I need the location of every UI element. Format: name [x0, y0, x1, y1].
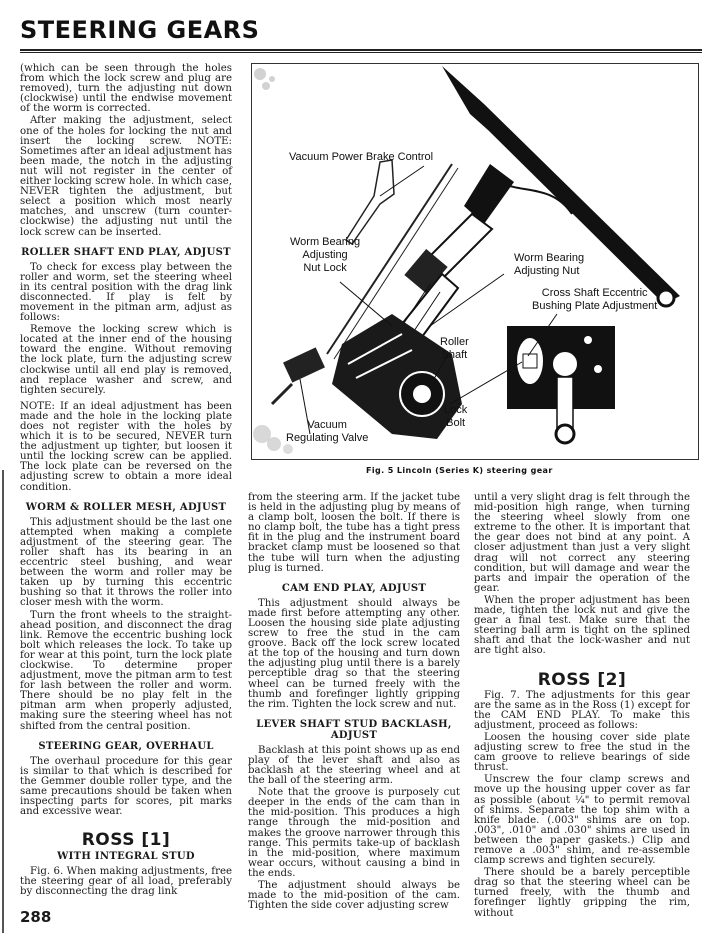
label-line: Worm Bearing: [290, 236, 360, 249]
page-title: STEERING GEARS: [20, 16, 259, 44]
label-roller-shaft: Roller Shaft: [440, 336, 469, 362]
label-line: Vacuum: [286, 419, 368, 432]
paragraph: Loosen the housing cover side plate adju…: [474, 733, 690, 773]
section-heading-roller-shaft: ROLLER SHAFT END PLAY, ADJUST: [20, 247, 232, 258]
subheading-integral-stud: WITH INTEGRAL STUD: [20, 851, 232, 862]
label-worm-bearing-adjusting-nut-lock: Worm Bearing Adjusting Nut Lock: [290, 236, 360, 275]
figure-steering-gear-diagram: Vacuum Power Brake Control Worm Bearing …: [251, 63, 699, 460]
page-number: 288: [20, 908, 51, 926]
paragraph: To check for excess play between the rol…: [20, 263, 232, 324]
section-heading-cam-end-play: CAM END PLAY, ADJUST: [248, 583, 460, 594]
paragraph: Backlash at this point shows up as end p…: [248, 746, 460, 786]
label-vacuum-power-brake-control: Vacuum Power Brake Control: [289, 151, 433, 164]
label-line: Adjusting: [290, 249, 360, 262]
paragraph: Remove the locking screw which is locate…: [20, 325, 232, 396]
paragraph: This adjustment should be the last one a…: [20, 518, 232, 609]
paragraph: until a very slight drag is felt through…: [474, 493, 690, 594]
section-title-ross-2: ROSS [2]: [474, 675, 690, 685]
header-rule: [20, 49, 702, 53]
label-line: Bolt: [444, 417, 467, 430]
page-edge-line: [2, 470, 4, 933]
paragraph: When the proper adjustment has been made…: [474, 596, 690, 657]
section-heading-overhaul: STEERING GEAR, OVERHAUL: [20, 741, 232, 752]
paragraph: There should be a barely perceptible dra…: [474, 868, 690, 918]
section-heading-worm-roller: WORM & ROLLER MESH, ADJUST: [20, 502, 232, 513]
paragraph: The adjustment should always be made to …: [248, 881, 460, 911]
paragraph: from the steering arm. If the jacket tub…: [248, 493, 460, 574]
section-heading-lever-shaft: LEVER SHAFT STUD BACKLASH, ADJUST: [248, 719, 460, 741]
label-cross-shaft-eccentric-bushing: Cross Shaft Eccentric Bushing Plate Adju…: [532, 287, 657, 313]
label-line: Bushing Plate Adjustment: [532, 300, 657, 313]
paragraph: (which can be seen through the holes fro…: [20, 64, 232, 114]
label-line: Lock: [444, 404, 467, 417]
paragraph: Turn the front wheels to the straight-ah…: [20, 611, 232, 732]
column-1: (which can be seen through the holes fro…: [20, 64, 232, 900]
label-line: Roller: [440, 336, 469, 349]
note-paragraph: NOTE: If an ideal adjustment has been ma…: [20, 402, 232, 493]
label-line: Worm Bearing: [514, 252, 584, 265]
paragraph: Fig. 7. The adjustments for this gear ar…: [474, 691, 690, 731]
paragraph: The overhaul procedure for this gear is …: [20, 757, 232, 818]
paragraph: This adjustment should always be made fi…: [248, 599, 460, 710]
label-line: Adjusting Nut: [514, 265, 584, 278]
paragraph: Note that the groove is purposely cut de…: [248, 788, 460, 879]
label-line: Cross Shaft Eccentric: [532, 287, 657, 300]
label-line: Shaft: [440, 349, 469, 362]
label-line: Regulating Valve: [286, 432, 368, 445]
label-lock-bolt: Lock Bolt: [444, 404, 467, 430]
label-vacuum-regulating-valve: Vacuum Regulating Valve: [286, 419, 368, 445]
label-worm-bearing-adjusting-nut: Worm Bearing Adjusting Nut: [514, 252, 584, 278]
column-2: from the steering arm. If the jacket tub…: [248, 493, 460, 913]
paragraph: Unscrew the four clamp screws and move u…: [474, 775, 690, 866]
paragraph: Fig. 6. When making adjustments, free th…: [20, 867, 232, 897]
column-3: until a very slight drag is felt through…: [474, 493, 690, 921]
figure-caption: Fig. 5 Lincoln (Series K) steering gear: [366, 466, 553, 475]
label-line: Nut Lock: [290, 262, 360, 275]
paragraph: After making the adjustment, select one …: [20, 116, 232, 237]
section-title-ross-1: ROSS [1]: [20, 835, 232, 845]
